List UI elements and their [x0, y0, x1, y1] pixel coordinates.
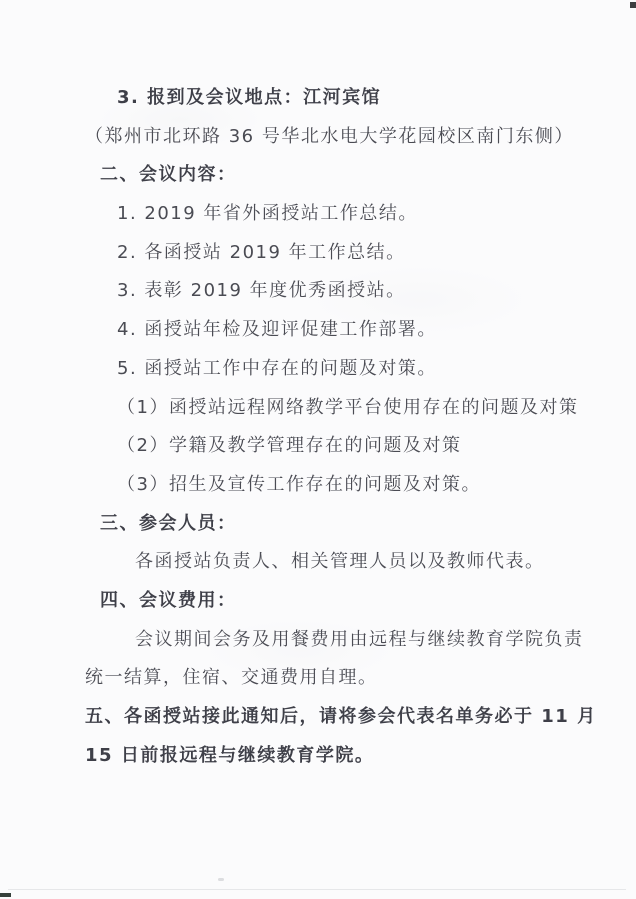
scan-artifact-speck — [218, 878, 224, 881]
doc-line: 15 日前报远程与继续教育学院。 — [85, 737, 596, 776]
doc-line: 各函授站负责人、相关管理人员以及教师代表。 — [135, 543, 596, 582]
doc-line: 1. 2019 年省外函授站工作总结。 — [117, 195, 596, 234]
document-page: 3. 报到及会议地点：江河宾馆（郑州市北环路 36 号华北水电大学花园校区南门东… — [0, 0, 636, 899]
doc-line: 2. 各函授站 2019 年工作总结。 — [117, 234, 596, 273]
doc-line: （郑州市北环路 36 号华北水电大学花园校区南门东侧） — [85, 118, 596, 157]
doc-line: 五、各函授站接此通知后，请将参会代表名单务必于 11 月 — [85, 698, 596, 737]
doc-line: （1）函授站远程网络教学平台使用存在的问题及对策 — [117, 389, 596, 428]
doc-line: 二、会议内容： — [100, 156, 596, 195]
doc-line: 3. 表彰 2019 年度优秀函授站。 — [117, 272, 596, 311]
scan-artifact-top-right — [630, 2, 636, 8]
doc-line: （2）学籍及教学管理存在的问题及对策 — [117, 427, 596, 466]
doc-line: 四、会议费用： — [100, 582, 596, 621]
doc-line: 4. 函授站年检及迎评促建工作部署。 — [117, 311, 596, 350]
document-body: 3. 报到及会议地点：江河宾馆（郑州市北环路 36 号华北水电大学花园校区南门东… — [85, 79, 596, 775]
doc-line: 5. 函授站工作中存在的问题及对策。 — [117, 350, 596, 389]
doc-line: （3）招生及宣传工作存在的问题及对策。 — [117, 466, 596, 505]
doc-line: 三、参会人员： — [100, 505, 596, 544]
doc-line: 3. 报到及会议地点：江河宾馆 — [117, 79, 596, 118]
scan-artifact-bottom-line — [8, 889, 626, 890]
doc-line: 统一结算，住宿、交通费用自理。 — [85, 659, 596, 698]
doc-line: 会议期间会务及用餐费用由远程与继续教育学院负责 — [135, 621, 596, 660]
scan-artifact-bottom-left — [0, 893, 11, 897]
